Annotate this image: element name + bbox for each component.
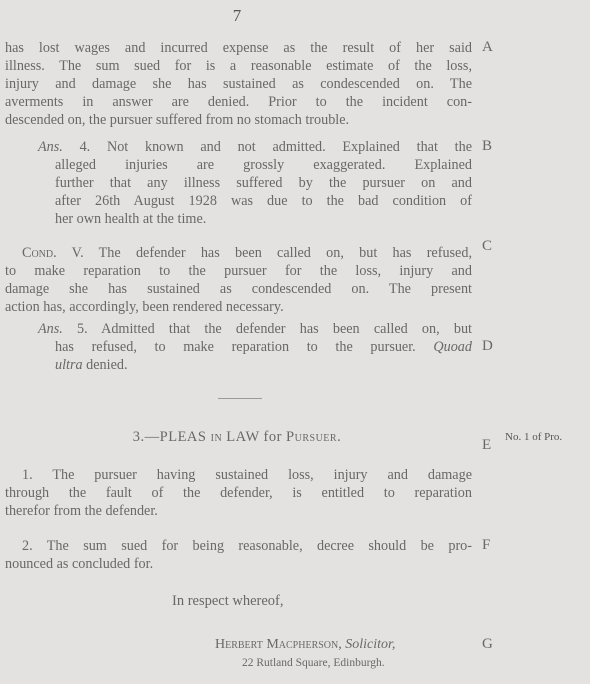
text-line: damage she has sustained as condescended…	[5, 280, 472, 298]
paragraph-continuation: has lost wages and incurred expense as t…	[5, 39, 472, 129]
text-line: averments in answer are denied. Prior to…	[5, 93, 472, 111]
margin-letter-d: D	[482, 338, 493, 355]
answer-label: Ans.	[38, 321, 63, 337]
text-line: has refused, to make reparation to the p…	[55, 339, 433, 355]
condescendence-5: Cond. V. The defender has been called on…	[5, 244, 472, 316]
text-line: action has, accordingly, been rendered n…	[5, 298, 472, 316]
text-line: injury and damage she has sustained as c…	[5, 75, 472, 93]
signature: Herbert Macpherson, Solicitor,	[215, 636, 395, 654]
answer-4: Ans. 4. Not known and not admitted. Expl…	[38, 138, 472, 228]
text-line: 1. The pursuer having sustained loss, in…	[5, 466, 472, 484]
text-line: therefor from the defender.	[5, 502, 472, 520]
in-respect-whereof: In respect whereof,	[172, 592, 284, 610]
text-line: has lost wages and incurred expense as t…	[5, 39, 472, 57]
margin-letter-g: G	[482, 636, 493, 653]
heading-text: Pursuer.	[286, 429, 341, 445]
text-line: nounced as concluded for.	[5, 555, 472, 573]
plea-2: 2. The sum sued for being reasonable, de…	[5, 537, 472, 573]
heading-text: in	[211, 429, 223, 445]
answer-5: Ans. 5. Admitted that the defender has b…	[38, 320, 472, 374]
text-line: alleged injuries are grossly exaggerated…	[55, 156, 472, 174]
margin-letter-e: E	[482, 437, 491, 454]
text-line: through the fault of the defender, is en…	[5, 484, 472, 502]
heading-text: 3.—PLEAS	[133, 429, 211, 445]
text-line: 2. The sum sued for being reasonable, de…	[5, 537, 472, 555]
text-line: further that any illness suffered by the…	[55, 174, 472, 192]
text-line: illness. The sum sued for is a reasonabl…	[5, 57, 472, 75]
ultra-term: ultra	[55, 357, 83, 373]
text-line: after 26th August 1928 was due to the ba…	[55, 192, 472, 210]
text-line: 5. Admitted that the defender has been c…	[63, 321, 472, 337]
margin-letter-a: A	[482, 39, 493, 56]
pleas-heading: 3.—PLEAS in LAW for Pursuer.	[0, 429, 474, 446]
condescendence-label: Cond.	[22, 245, 57, 261]
solicitor-name: Herbert Macpherson	[215, 637, 338, 652]
quoad-term: Quoad	[433, 339, 472, 355]
margin-note: No. 1 of Pro.	[505, 431, 562, 443]
margin-letter-f: F	[482, 537, 490, 554]
margin-letter-b: B	[482, 138, 492, 155]
solicitor-role: Solicitor,	[345, 637, 395, 652]
heading-text: LAW for	[222, 429, 286, 445]
answer-label: Ans.	[38, 139, 63, 155]
page-number: 7	[0, 6, 474, 26]
text-line: her own health at the time.	[55, 210, 472, 228]
text-line: denied.	[83, 357, 128, 373]
text-line: 4. Not known and not admitted. Explained…	[63, 139, 472, 155]
section-divider	[218, 398, 262, 399]
document-page: 7 has lost wages and incurred expense as…	[0, 0, 590, 684]
plea-1: 1. The pursuer having sustained loss, in…	[5, 466, 472, 520]
solicitor-address: 22 Rutland Square, Edinburgh.	[242, 654, 385, 672]
margin-letter-c: C	[482, 238, 492, 255]
text-line: to make reparation to the pursuer for th…	[5, 262, 472, 280]
text-line: V. The defender has been called on, but …	[57, 245, 472, 261]
text-line: descended on, the pursuer suffered from …	[5, 111, 472, 129]
